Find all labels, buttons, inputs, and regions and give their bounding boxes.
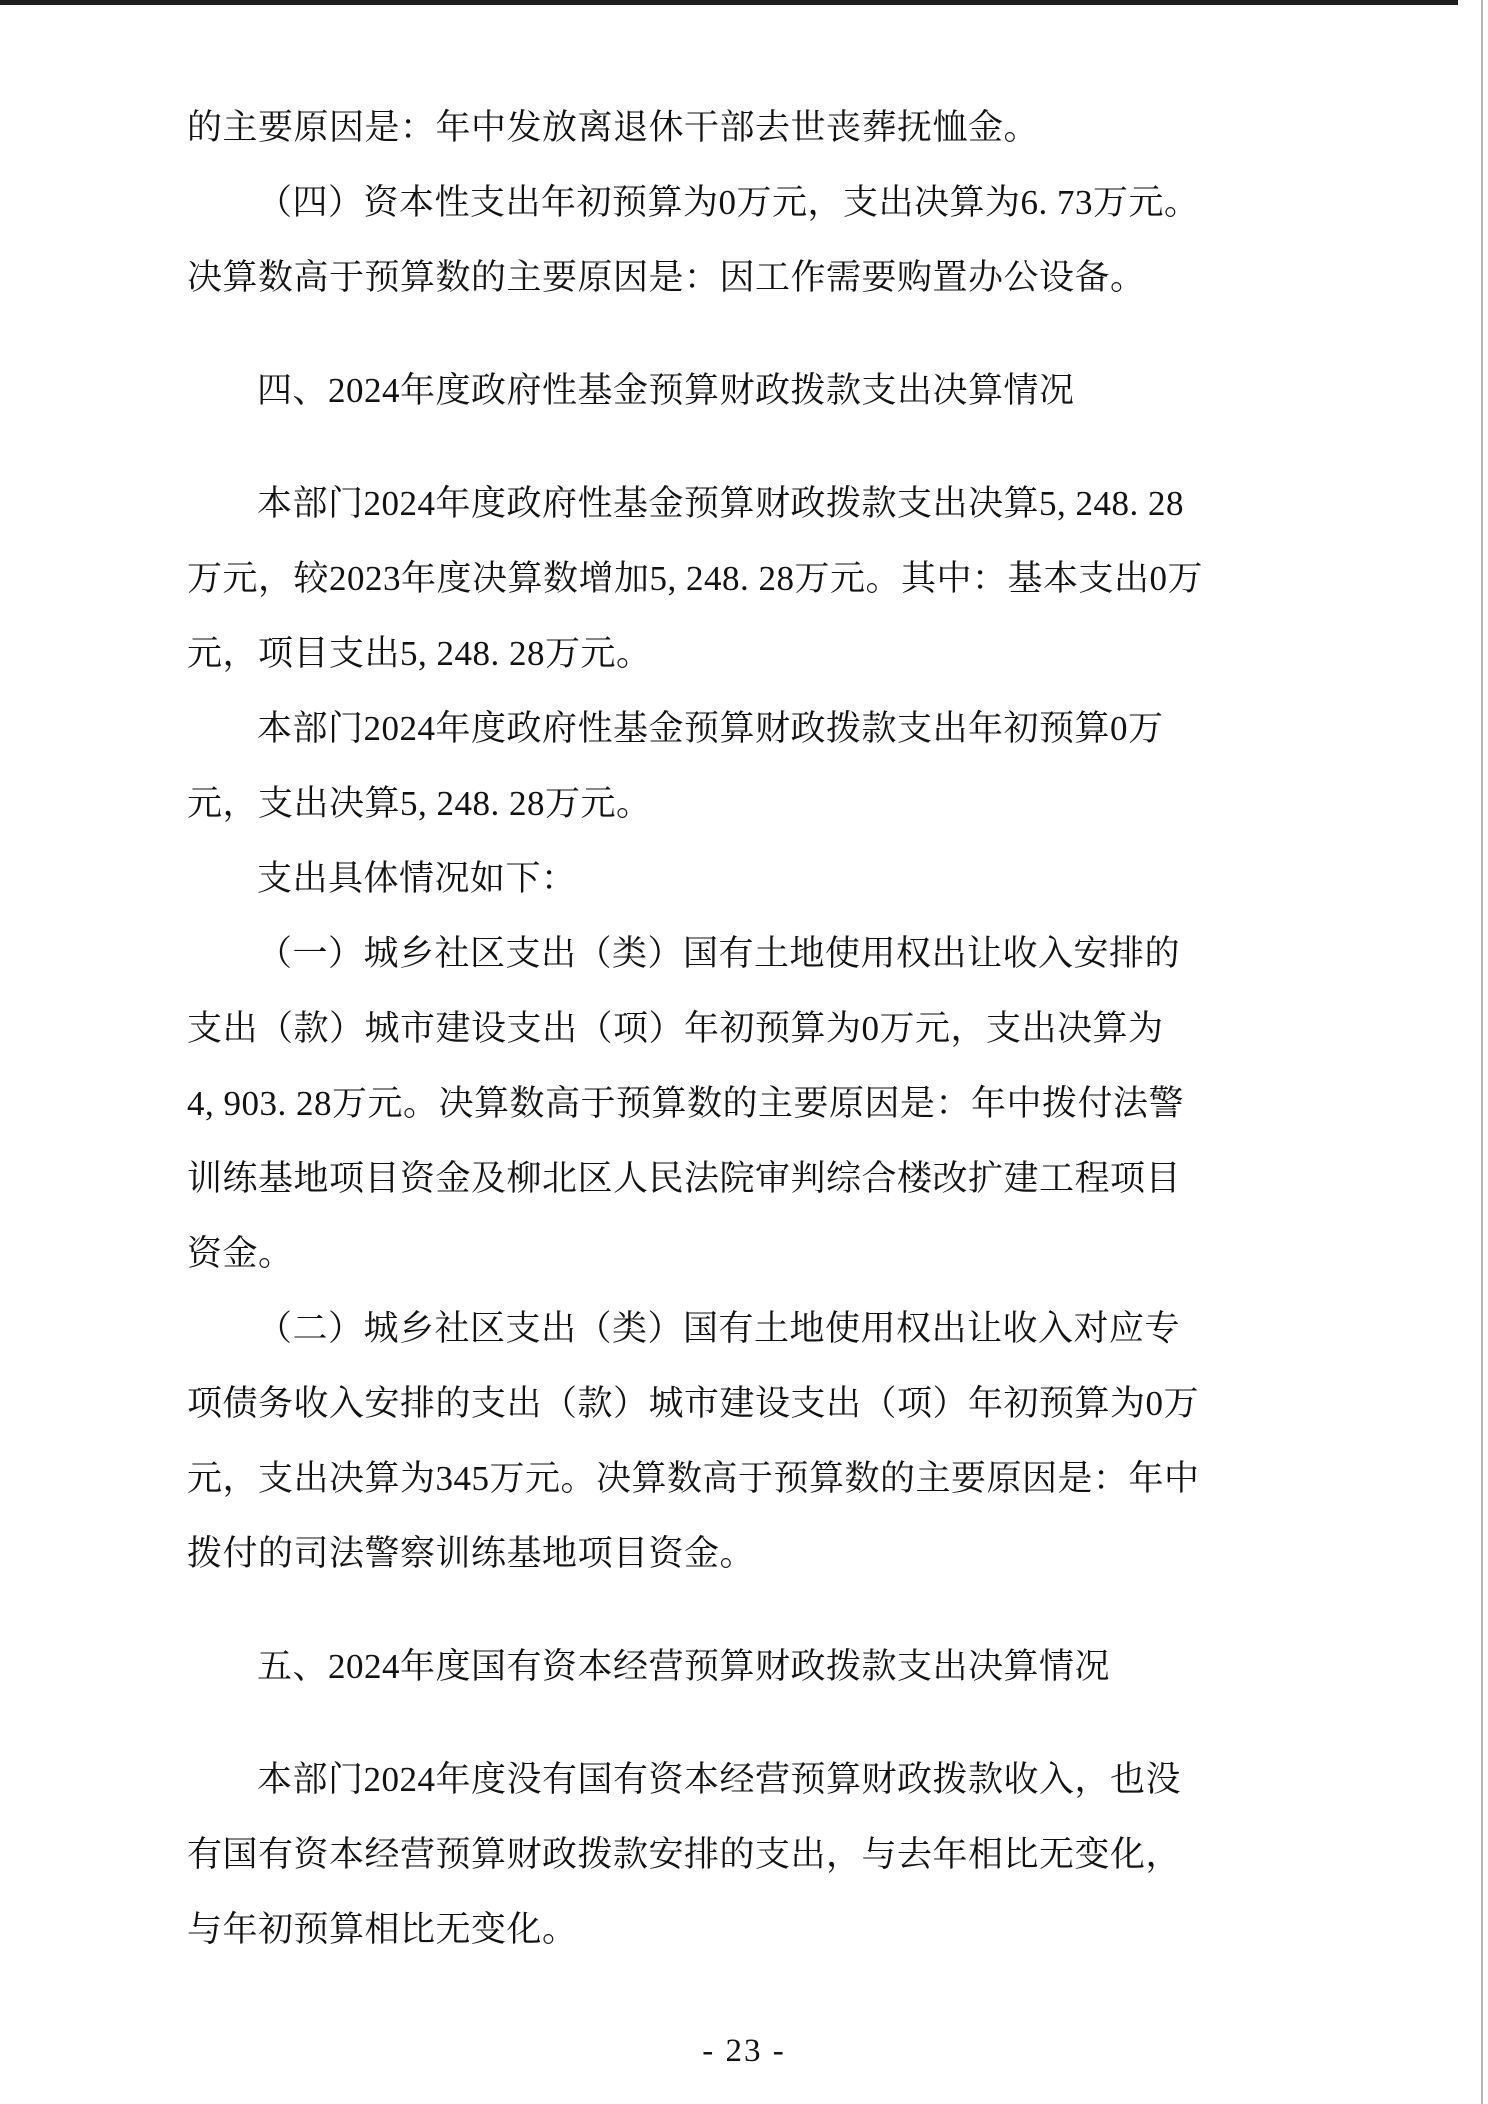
body-line: （一）城乡社区支出（类）国有土地使用权出让收入安排的 [187,916,1357,991]
section-heading: 四、2024年度政府性基金预算财政拨款支出决算情况 [187,353,1357,428]
body-line: 本部门2024年度政府性基金预算财政拨款支出决算5, 248. 28 [187,466,1357,541]
body-line: 拨付的司法警察训练基地项目资金。 [187,1516,1357,1591]
body-line: 决算数高于预算数的主要原因是：因工作需要购置办公设备。 [187,240,1357,315]
body-line: 元，支出决算5, 248. 28万元。 [187,766,1357,841]
body-line: 本部门2024年度政府性基金预算财政拨款支出年初预算0万 [187,691,1357,766]
body-line: 4, 903. 28万元。决算数高于预算数的主要原因是：年中拨付法警 [187,1066,1357,1141]
top-scan-artifact [0,0,1458,5]
body-line: 元，支出决算为345万元。决算数高于预算数的主要原因是：年中 [187,1441,1357,1516]
body-line: 本部门2024年度没有国有资本经营预算财政拨款收入，也没 [187,1742,1357,1817]
page-number: - 23 - [0,2031,1488,2071]
document-body: 的主要原因是：年中发放离退休干部去世丧葬抚恤金。 （四）资本性支出年初预算为0万… [187,90,1357,1967]
body-line: 支出具体情况如下： [187,841,1357,916]
body-line: 项债务收入安排的支出（款）城市建设支出（项）年初预算为0万 [187,1366,1357,1441]
body-line: （二）城乡社区支出（类）国有土地使用权出让收入对应专 [187,1291,1357,1366]
body-line: 训练基地项目资金及柳北区人民法院审判综合楼改扩建工程项目 [187,1141,1357,1216]
body-line: 支出（款）城市建设支出（项）年初预算为0万元，支出决算为 [187,991,1357,1066]
right-scan-artifact [1481,0,1483,2104]
body-line: 的主要原因是：年中发放离退休干部去世丧葬抚恤金。 [187,90,1357,165]
section-heading: 五、2024年度国有资本经营预算财政拨款支出决算情况 [187,1629,1357,1704]
body-line: 元，项目支出5, 248. 28万元。 [187,616,1357,691]
body-line: （四）资本性支出年初预算为0万元，支出决算为6. 73万元。 [187,165,1357,240]
body-line: 资金。 [187,1216,1357,1291]
body-line: 万元，较2023年度决算数增加5, 248. 28万元。其中：基本支出0万 [187,541,1357,616]
body-line: 有国有资本经营预算财政拨款安排的支出，与去年相比无变化， [187,1817,1357,1892]
body-line: 与年初预算相比无变化。 [187,1892,1357,1967]
document-page: { "doc": { "lines": [ "的主要原因是：年中发放离退休干部去… [0,0,1488,2104]
